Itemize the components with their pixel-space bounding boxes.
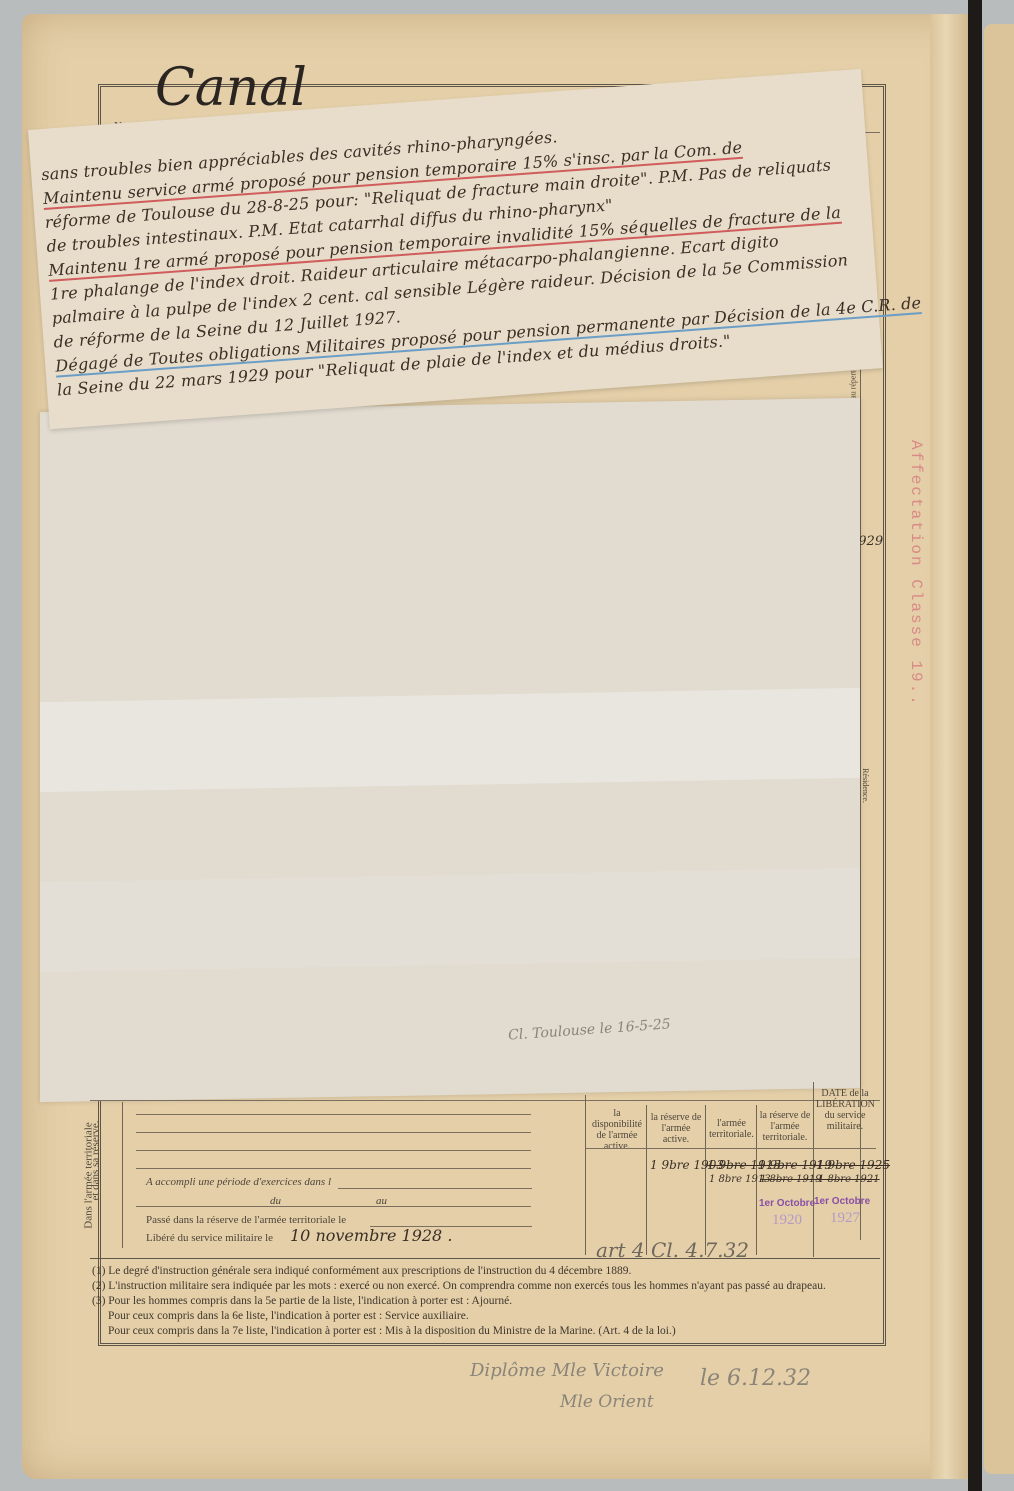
table-header-line <box>586 1148 876 1149</box>
footnote-2: (2) L'instruction militaire sera indiqué… <box>92 1280 826 1292</box>
handwritten-notes-slip: sans troubles bien appréciables des cavi… <box>28 69 883 429</box>
libere-value: 10 novembre 1928 . <box>290 1226 452 1245</box>
stamp-year-1920: 1920 <box>772 1212 802 1229</box>
vertical-label-2: et dans sa réserve. <box>91 1120 102 1200</box>
stamp-octobre-2: 1er Octobre <box>814 1196 870 1207</box>
stamp-octobre-1: 1er Octobre <box>759 1198 815 1209</box>
fold-band <box>40 868 860 972</box>
col-header-territoriale: l'armée territoriale. <box>708 1118 755 1140</box>
page-edge <box>930 14 970 1479</box>
lower-section-top <box>90 1100 880 1101</box>
next-page-edge <box>984 24 1014 1474</box>
nom-value: Canal <box>155 58 307 118</box>
footnote-4: Pour ceux compris dans la 6e liste, l'in… <box>108 1310 469 1322</box>
cell-liberation-2: 1 8bre 1921 <box>818 1174 880 1185</box>
blank-line <box>136 1150 531 1151</box>
footnote-3: (3) Pour les hommes compris dans la 5e p… <box>92 1295 512 1307</box>
vertical-divider <box>122 1102 123 1248</box>
exercise-line <box>338 1188 532 1189</box>
table-col-divider <box>585 1095 586 1255</box>
col-header-reserve-territoriale: la réserve de l'armée territoriale. <box>758 1110 812 1143</box>
pasted-blank-slip <box>40 398 860 1102</box>
bottom-pencil-note-1: Diplôme Mle Victoire <box>470 1360 664 1381</box>
bottom-pencil-date: le 6.12.32 <box>700 1366 811 1391</box>
blank-line <box>136 1132 531 1133</box>
cell-liberation: 1 9bre 1925 <box>816 1158 890 1172</box>
footnote-5: Pour ceux compris dans la 7e liste, l'in… <box>108 1325 676 1337</box>
cell-reserve-territoriale-2: 1 8bre 1919 <box>760 1174 822 1185</box>
dates-line <box>136 1206 531 1207</box>
table-col-divider <box>646 1105 647 1255</box>
residence-label: Résidence. <box>860 768 871 803</box>
passe-label: Passé dans la réserve de l'armée territo… <box>146 1214 346 1226</box>
footnote-1: (1) Le degré d'instruction générale sera… <box>92 1265 631 1277</box>
table-col-divider <box>705 1105 706 1255</box>
libere-label: Libéré du service militaire le <box>146 1232 273 1244</box>
exercise-label: A accompli une période d'exercices dans … <box>146 1176 331 1188</box>
col-header-disponibilite: la disponibilité de l'armée active. <box>589 1108 645 1152</box>
fold-band <box>40 688 860 792</box>
affectation-stamp: Affectation Classe 19.. <box>907 440 925 707</box>
book-spine <box>968 0 982 1491</box>
col-header-liberation: DATE de la LIBÉRATION du service militai… <box>816 1088 874 1132</box>
footnote-top-rule <box>90 1258 880 1259</box>
blank-line <box>136 1168 531 1169</box>
stamp-year-1927: 1927 <box>830 1210 860 1227</box>
blank-line <box>136 1114 531 1115</box>
bottom-pencil-note-2: Mle Orient <box>560 1392 654 1412</box>
col-header-reserve-active: la réserve de l'armée active. <box>648 1112 704 1145</box>
